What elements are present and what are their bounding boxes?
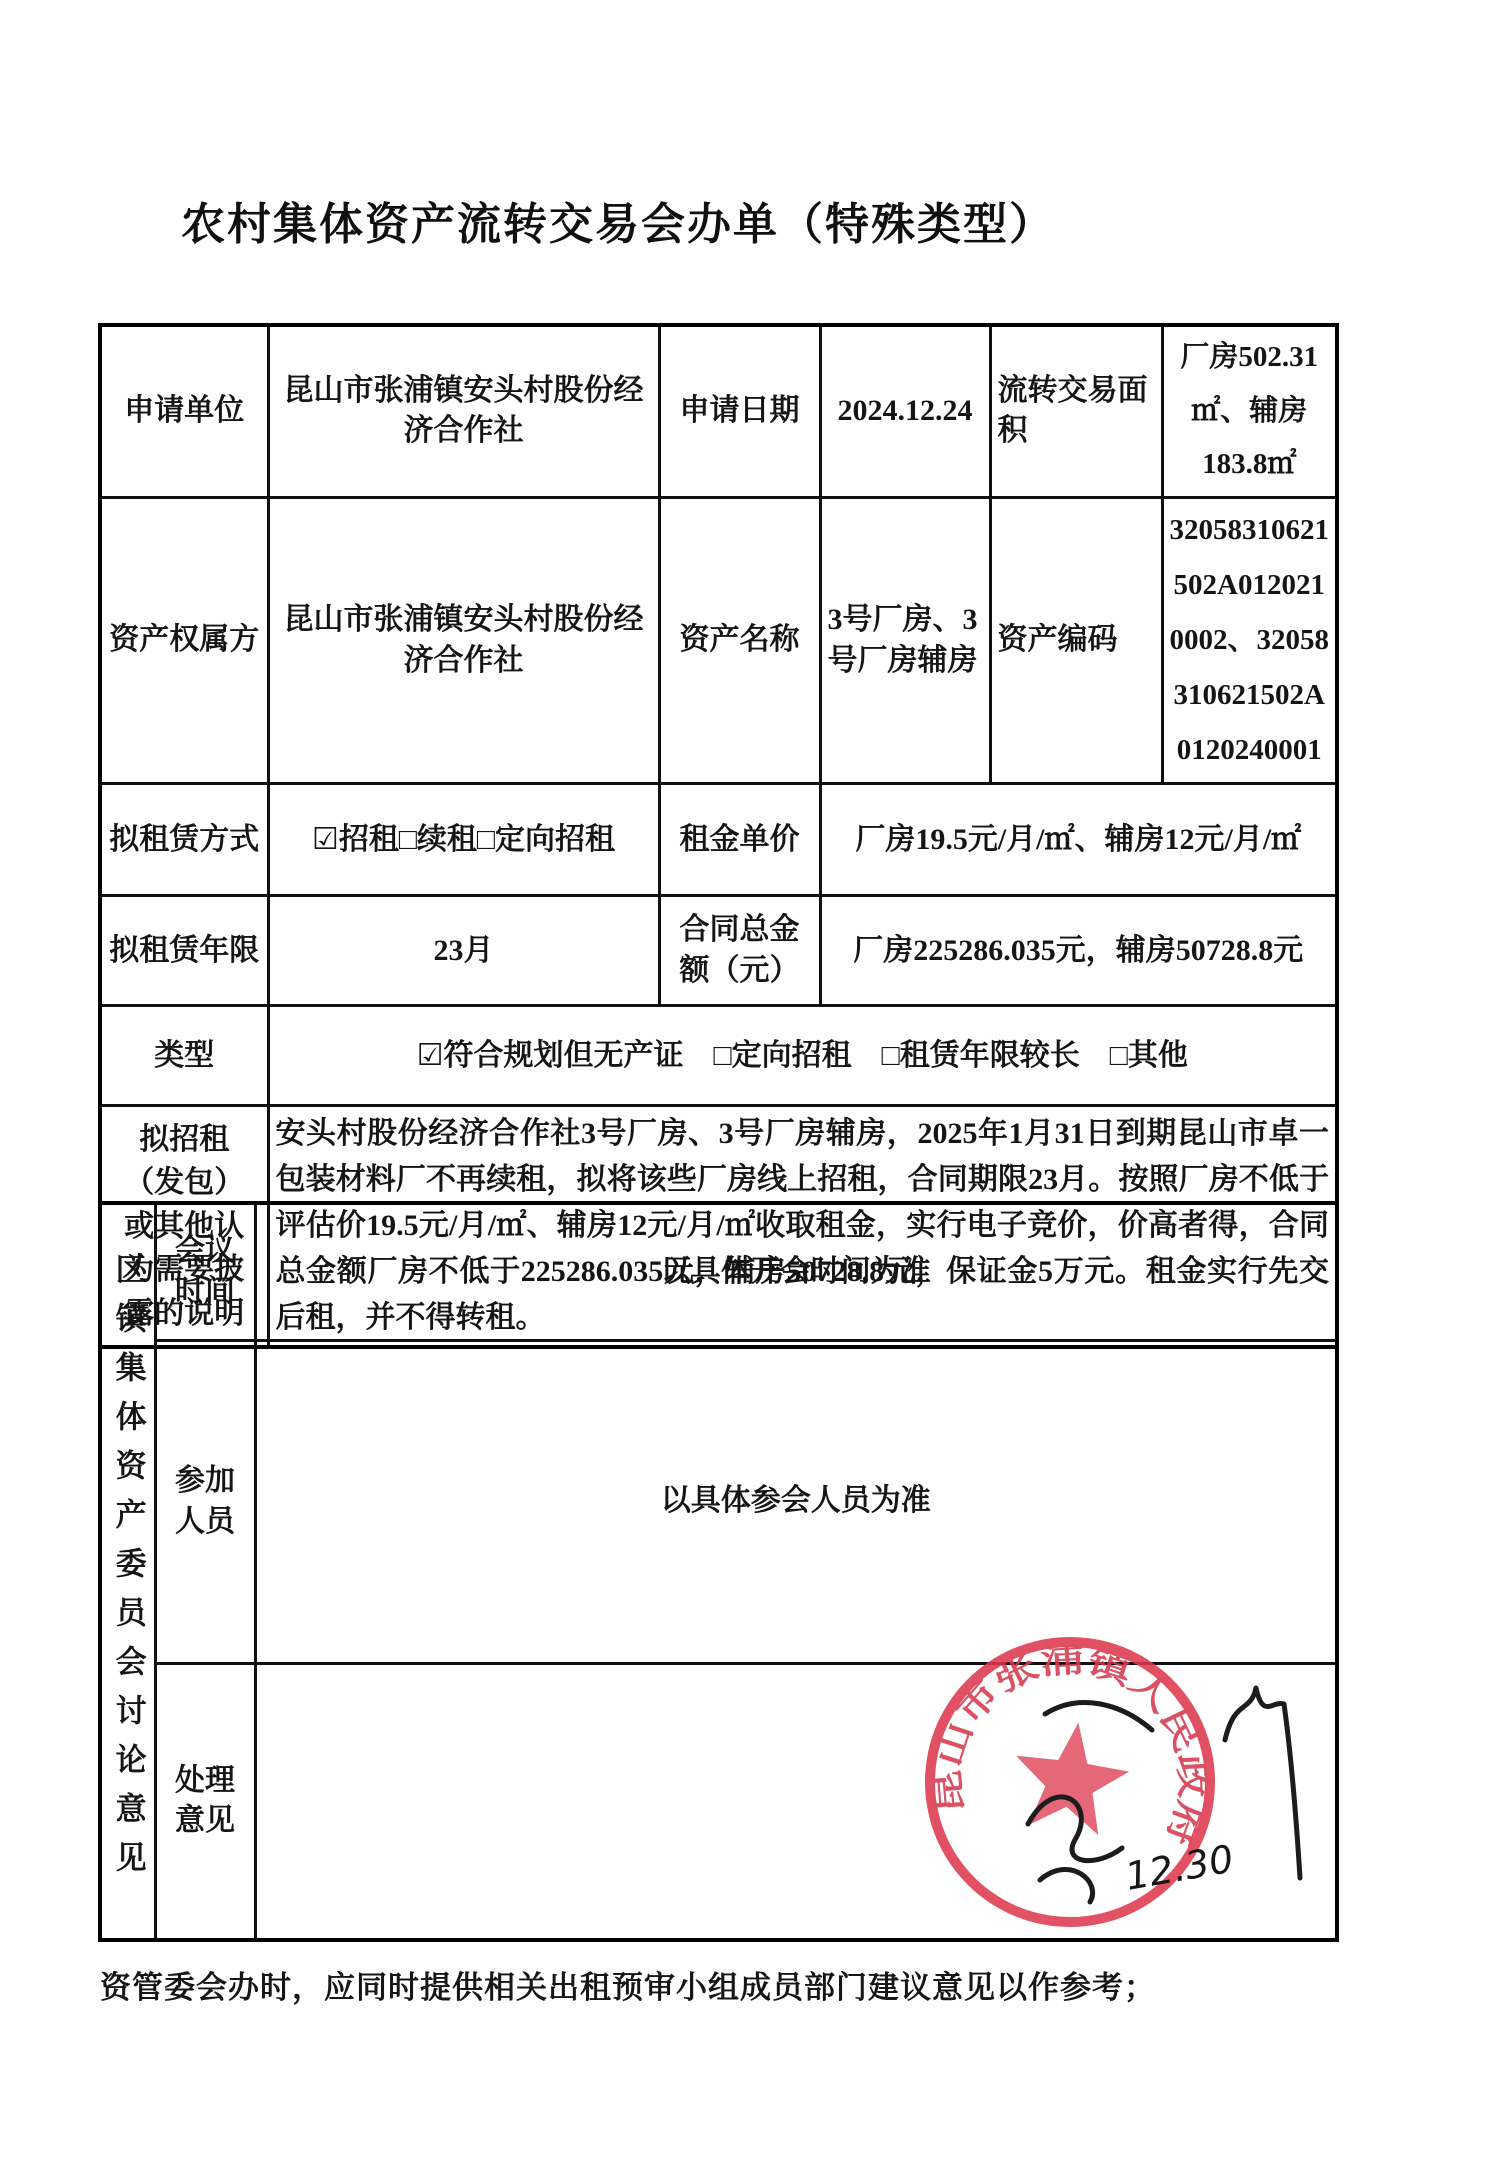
label-lease-method: 拟租赁方式 bbox=[100, 784, 268, 896]
value-rent-price: 厂房19.5元/月/㎡、辅房12元/月/㎡ bbox=[820, 784, 1337, 896]
table-row: 处理意见 bbox=[100, 1663, 1337, 1940]
committee-section-label-cell: 区镇集体资产委员会讨论意见 bbox=[100, 1203, 155, 1940]
page-title: 农村集体资产流转交易会办单（特殊类型） bbox=[88, 188, 1148, 252]
value-meeting-time: 以具体开会时间为准 bbox=[255, 1203, 1337, 1340]
table-row: 资产权属方 昆山市张浦镇安头村股份经济合作社 资产名称 3号厂房、3号厂房辅房 … bbox=[100, 497, 1337, 783]
table-row: 类型 ☑符合规划但无产证 □定向招租 □租赁年限较长 □其他 bbox=[100, 1006, 1337, 1106]
committee-section-label: 区镇集体资产委员会讨论意见 bbox=[107, 1253, 149, 1890]
footer-note: 资管委会办时，应同时提供相关出租预审小组成员部门建议意见以作参考； bbox=[100, 1962, 1400, 2007]
label-rent-price: 租金单价 bbox=[659, 784, 820, 896]
table-row: 参加人员 以具体参会人员为准 bbox=[100, 1340, 1337, 1663]
label-asset-name: 资产名称 bbox=[659, 497, 820, 783]
label-lease-term: 拟租赁年限 bbox=[100, 896, 268, 1006]
label-handling-opinion: 处理意见 bbox=[155, 1663, 255, 1940]
label-asset-owner: 资产权属方 bbox=[100, 497, 268, 783]
value-participants: 以具体参会人员为准 bbox=[255, 1340, 1337, 1663]
value-asset-name: 3号厂房、3号厂房辅房 bbox=[820, 497, 990, 783]
committee-table: 区镇集体资产委员会讨论意见 会议时间 以具体开会时间为准 参加人员 以具体参会人… bbox=[98, 1201, 1339, 1942]
value-contract-total: 厂房225286.035元，辅房50728.8元 bbox=[820, 896, 1337, 1006]
handling-opinion-cell bbox=[255, 1663, 1337, 1940]
value-type-options: ☑符合规划但无产证 □定向招租 □租赁年限较长 □其他 bbox=[268, 1006, 1337, 1106]
label-transfer-area: 流转交易面积 bbox=[990, 325, 1162, 497]
table-row: 拟租赁方式 ☑招租□续租□定向招租 租金单价 厂房19.5元/月/㎡、辅房12元… bbox=[100, 784, 1337, 896]
value-asset-code: 32058310621502A0120210002、32058310621502… bbox=[1162, 497, 1337, 783]
label-apply-date: 申请日期 bbox=[659, 325, 820, 497]
value-lease-term: 23月 bbox=[268, 896, 659, 1006]
label-participants: 参加人员 bbox=[155, 1340, 255, 1663]
label-meeting-time: 会议时间 bbox=[155, 1203, 255, 1340]
value-applicant-unit: 昆山市张浦镇安头村股份经济合作社 bbox=[268, 325, 659, 497]
label-asset-code: 资产编码 bbox=[990, 497, 1162, 783]
label-applicant-unit: 申请单位 bbox=[100, 325, 268, 497]
value-lease-method: ☑招租□续租□定向招租 bbox=[268, 784, 659, 896]
value-apply-date: 2024.12.24 bbox=[820, 325, 990, 497]
table-row: 申请单位 昆山市张浦镇安头村股份经济合作社 申请日期 2024.12.24 流转… bbox=[100, 325, 1337, 497]
label-contract-total: 合同总金额（元） bbox=[659, 896, 820, 1006]
value-asset-owner: 昆山市张浦镇安头村股份经济合作社 bbox=[268, 497, 659, 783]
table-row: 拟租赁年限 23月 合同总金额（元） 厂房225286.035元，辅房50728… bbox=[100, 896, 1337, 1006]
scanned-form-page: 农村集体资产流转交易会办单（特殊类型） 申请单位 昆山市张浦镇安头村股份经济合作… bbox=[0, 0, 1507, 2160]
form-table: 申请单位 昆山市张浦镇安头村股份经济合作社 申请日期 2024.12.24 流转… bbox=[98, 323, 1339, 1349]
label-type: 类型 bbox=[100, 1006, 268, 1106]
table-row: 区镇集体资产委员会讨论意见 会议时间 以具体开会时间为准 bbox=[100, 1203, 1337, 1340]
value-transfer-area: 厂房502.31㎡、辅房183.8㎡ bbox=[1162, 325, 1337, 497]
